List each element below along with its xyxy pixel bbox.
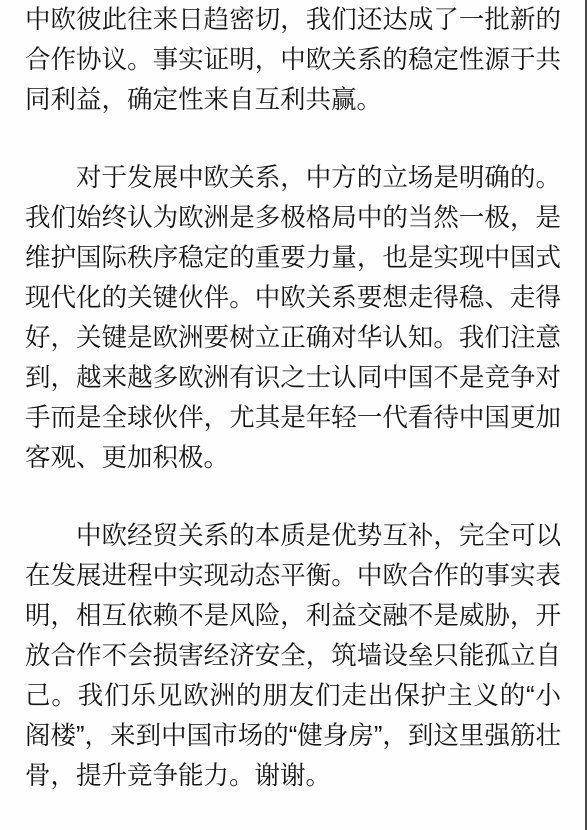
article-paragraph: 中欧经贸关系的本质是优势互补，完全可以在发展进程中实现动态平衡。中欧合作的事实表… [25,516,561,796]
article-paragraph: 对于发展中欧关系，中方的立场是明确的。我们始终认为欧洲是多极格局中的当然一极，是… [25,158,561,478]
article-page: 中欧彼此往来日趋密切，我们还达成了一批新的合作协议。事实证明，中欧关系的稳定性源… [0,0,588,830]
article-paragraph: 中欧彼此往来日趋密切，我们还达成了一批新的合作协议。事实证明，中欧关系的稳定性源… [25,0,561,120]
page-right-border [585,0,587,830]
article-body: 中欧彼此往来日趋密切，我们还达成了一批新的合作协议。事实证明，中欧关系的稳定性源… [25,0,561,796]
